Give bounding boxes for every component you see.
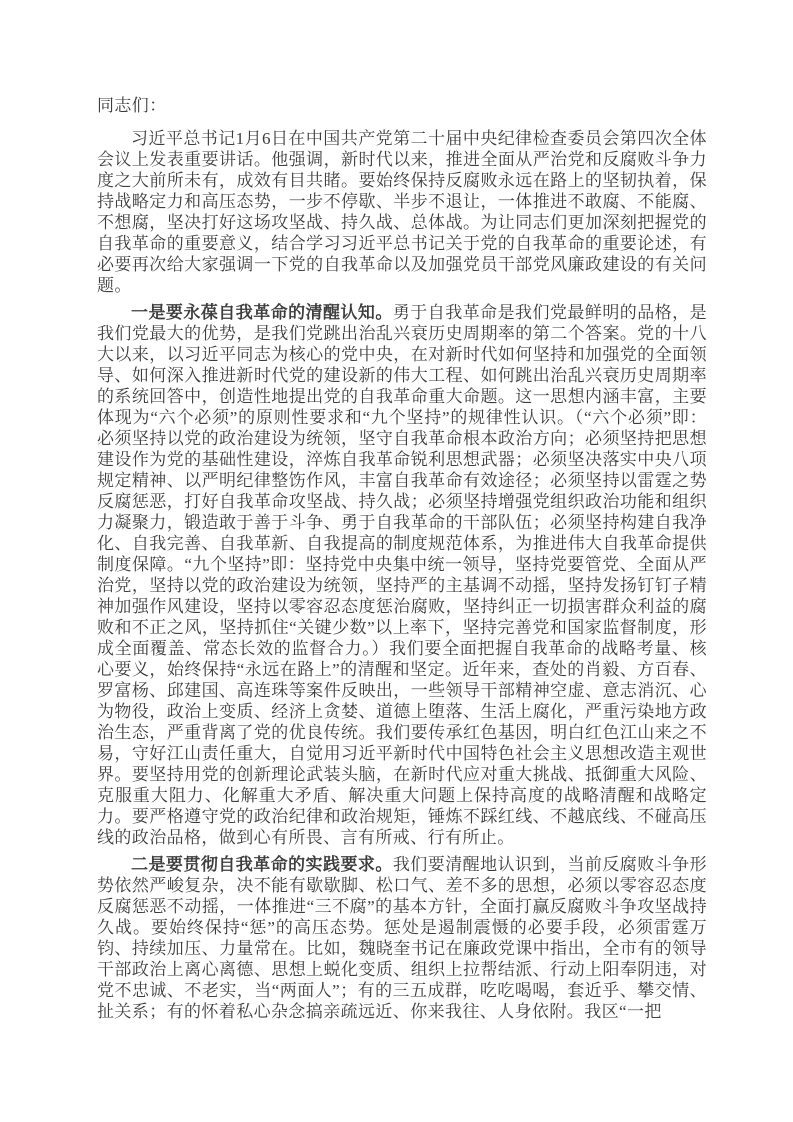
paragraph-intro-body: 习近平总书记1月6日在中国共产党第二十届中央纪律检查委员会第四次全体会议上发表重… <box>97 129 707 295</box>
paragraph-point-2: 二是要贯彻自我革命的实践要求。我们要清醒地认识到，当前反腐败斗争形势依然严峻复杂… <box>97 854 707 1022</box>
paragraph-point-1: 一是要永葆自我革命的清醒认知。勇于自我革命是我们党最鲜明的品格，是我们党最大的优… <box>97 302 707 848</box>
document-page: 同志们： 习近平总书记1月6日在中国共产党第二十届中央纪律检查委员会第四次全体会… <box>0 0 793 1122</box>
paragraph-intro: 习近平总书记1月6日在中国共产党第二十届中央纪律检查委员会第四次全体会议上发表重… <box>97 128 707 296</box>
paragraph-point-2-heading: 二是要贯彻自我革命的实践要求。 <box>131 855 393 874</box>
salutation: 同志们： <box>97 95 707 116</box>
paragraph-point-1-heading: 一是要永葆自我革命的清醒认知。 <box>131 303 393 322</box>
paragraph-point-2-body: 我们要清醒地认识到，当前反腐败斗争形势依然严峻复杂，决不能有歇歇脚、松口气、差不… <box>97 855 707 1021</box>
paragraph-point-1-body: 勇于自我革命是我们党最鲜明的品格，是我们党最大的优势，是我们党跳出治乱兴衰历史周… <box>97 303 707 847</box>
